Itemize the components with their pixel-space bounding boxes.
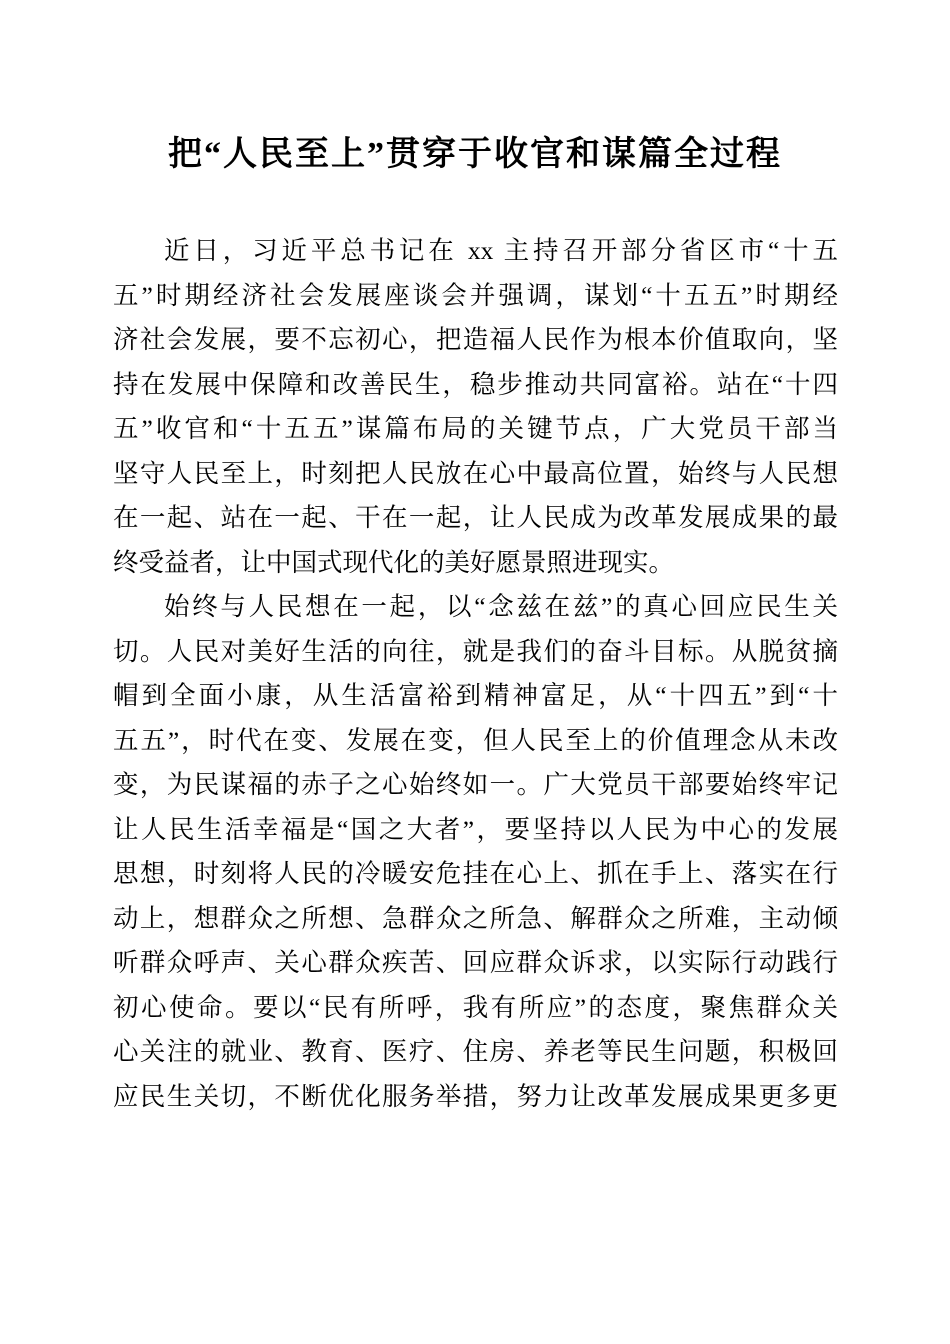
text-line: 思想，时刻将人民的冷暖安危挂在心上、抓在手上、落实在行 [113, 852, 838, 897]
text-line: 终受益者，让中国式现代化的美好愿景照进现实。 [113, 541, 838, 586]
text-line: 变，为民谋福的赤子之心始终如一。广大党员干部要始终牢记 [113, 763, 838, 808]
text-line: 济社会发展，要不忘初心，把造福人民作为根本价值取向，坚 [113, 318, 838, 363]
document-page: 把“人民至上”贯穿于收官和谋篇全过程 近日，习近平总书记在 xx 主持召开部分省… [0, 0, 950, 1344]
text-line: 让人民生活幸福是“国之大者”，要坚持以人民为中心的发展 [113, 808, 838, 853]
text-line: 动上，想群众之所想、急群众之所急、解群众之所难，主动倾 [113, 897, 838, 942]
text-line: 在一起、站在一起、干在一起，让人民成为改革发展成果的最 [113, 496, 838, 541]
text-line: 切。人民对美好生活的向往，就是我们的奋斗目标。从脱贫摘 [113, 630, 838, 675]
text-line: 五五”，时代在变、发展在变，但人民至上的价值理念从未改 [113, 719, 838, 764]
text-line: 心关注的就业、教育、医疗、住房、养老等民生问题，积极回 [113, 1030, 838, 1075]
text-line: 帽到全面小康，从生活富裕到精神富足，从“十四五”到“十 [113, 674, 838, 719]
document-body: 近日，习近平总书记在 xx 主持召开部分省区市“十五五”时期经济社会发展座谈会并… [113, 229, 838, 1119]
text-line: 坚守人民至上，时刻把人民放在心中最高位置，始终与人民想 [113, 452, 838, 497]
document-title: 把“人民至上”贯穿于收官和谋篇全过程 [0, 131, 950, 179]
text-line: 五”收官和“十五五”谋篇布局的关键节点，广大党员干部当 [113, 407, 838, 452]
text-line: 始终与人民想在一起，以“念兹在兹”的真心回应民生关 [113, 585, 838, 630]
text-line: 近日，习近平总书记在 xx 主持召开部分省区市“十五 [113, 229, 838, 274]
text-line: 持在发展中保障和改善民生，稳步推动共同富裕。站在“十四 [113, 363, 838, 408]
text-line: 应民生关切，不断优化服务举措，努力让改革发展成果更多更 [113, 1075, 838, 1120]
text-line: 初心使命。要以“民有所呼，我有所应”的态度，聚焦群众关 [113, 986, 838, 1031]
text-line: 听群众呼声、关心群众疾苦、回应群众诉求，以实际行动践行 [113, 941, 838, 986]
text-line: 五”时期经济社会发展座谈会并强调，谋划“十五五”时期经 [113, 274, 838, 319]
